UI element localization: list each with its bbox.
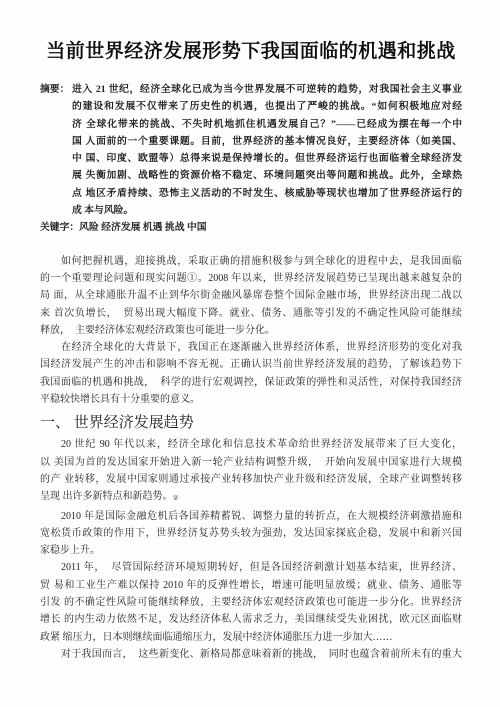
paragraph: 2011 年， 尽管国际经济环境短期转好，但是各国经济刺激计划基本结束，世界经济… bbox=[40, 559, 462, 645]
body-line: 的一个重要理论问题和现实问题①。2008 年以来，世界经济发展趋势已呈现出越来越… bbox=[40, 270, 462, 287]
body-line: 释放， 主要经济体宏观经济政策也可能进一步分化。 bbox=[40, 322, 462, 339]
body-line: 的产 业转移，发展中国家则通过承接产业转移加快产业升级和经济发展，全球产业调整转… bbox=[40, 471, 462, 488]
abstract-block: 摘要： 进入 21 世纪，经济全球化已成为当今世界发展不可逆转的趋势，对我国社会… bbox=[40, 81, 462, 219]
body-line: 宽松货币政策的作用下，世界经济复苏势头较为强劲，发达国家探底企稳，发展中和新兴国 bbox=[40, 525, 462, 542]
document-page: 当前世界经济发展形势下我国面临的机遇和挑战 摘要： 进入 21 世纪，经济全球化… bbox=[0, 0, 500, 707]
abstract-line: 进入 21 世纪，经济全球化已成为当今世界发展不可逆转的趋势，对我国社会主义事业 bbox=[72, 81, 462, 98]
page-title: 当前世界经济发展形势下我国面临的机遇和挑战 bbox=[40, 40, 462, 63]
abstract-line: 的建设和发展不仅带来了历史性的机遇，也提出了严峻的挑战。“如何积极地应对经 bbox=[72, 98, 462, 115]
abstract-line: 成 本与风险。 bbox=[72, 202, 462, 219]
paragraph: 如何把握机遇，迎接挑战，采取正确的措施积极参与到全球化的进程中去，是我国面临 的… bbox=[40, 253, 462, 339]
footnote-mark: ② bbox=[173, 494, 179, 502]
body-line: 在经济全球化的大背景下，我国正在逐渐融入世界经济体系，世界经济形势的变化对我 bbox=[40, 339, 462, 356]
body-line-text: 呈现 出许多新特点和新趋势。 bbox=[40, 491, 173, 502]
body-line: 2011 年， 尽管国际经济环境短期转好，但是各国经济刺激计划基本结束，世界经济… bbox=[40, 559, 462, 576]
body-line: 局 面，从全球通胀升温不止到华尔街金融风暴席卷整个国际金融市场，世界经济出现二战… bbox=[40, 287, 462, 304]
paragraph: 20 世纪 90 年代以来，经济全球化和信息技术革命给世界经济发展带来了巨大变化… bbox=[40, 436, 462, 507]
body-line: 家稳步上升。 bbox=[40, 542, 462, 559]
abstract-line: 济 全球化带来的挑战、不失时机地抓住机遇发展自己？”——已经成为摆在每一个中 bbox=[72, 116, 462, 133]
paragraph: 对于我国而言， 这些新变化、新格局都意味着新的挑战， 同时也蕴含着前所未有的重大 bbox=[40, 646, 462, 663]
abstract-line: 展 失衡加剧、战略性的资源价格不稳定、环境问题突出等问题和挑战。此外，全球热 bbox=[72, 167, 462, 184]
abstract-line: 国 人面前的一个重要课题。目前，世界经济的基本情况良好，主要经济体（如美国、 bbox=[72, 133, 462, 150]
body-line: 呈现 出许多新特点和新趋势。② bbox=[40, 488, 462, 507]
abstract-line: 点 地区矛盾持续、恐怖主义活动的不时发生、核威胁等现状也增加了世界经济运行的 bbox=[72, 185, 462, 202]
abstract-lines: 进入 21 世纪，经济全球化已成为当今世界发展不可逆转的趋势，对我国社会主义事业… bbox=[72, 81, 462, 219]
abstract-label: 摘要： bbox=[40, 81, 69, 98]
body-line: 贸 易和工业生产难以保持 2010 年的反弹性增长，增速可能明显放缓；就业、债务… bbox=[40, 577, 462, 594]
body-line: 以 美国为首的发达国家开始进入新一轮产业结构调整升级， 开始向发展中国家进行大规… bbox=[40, 454, 462, 471]
abstract-line: 中 国、印度、欧盟等）总得来说是保持增长的。但世界经济运行也面临着全球经济发 bbox=[72, 150, 462, 167]
document-content: 当前世界经济发展形势下我国面临的机遇和挑战 摘要： 进入 21 世纪，经济全球化… bbox=[40, 0, 462, 663]
body-line: 2010 年是国际金融危机后各国养精蓄锐、调整力量的转折点，在大规模经济刺激措施… bbox=[40, 508, 462, 525]
body-line: 增长 的内生动力依然不足，发达经济体私人需求乏力，美国继续受失业困扰，欧元区面临… bbox=[40, 611, 462, 628]
body-line: 如何把握机遇，迎接挑战，采取正确的措施积极参与到全球化的进程中去，是我国面临 bbox=[40, 253, 462, 270]
body-line: 来 首次负增长， 贸易出现大幅度下降。就业、债务、通胀等引发的不确定性风险可能继… bbox=[40, 305, 462, 322]
keywords-line: 关键字：风险 经济发展 机遇 挑战 中国 bbox=[40, 219, 462, 236]
body-line: 我国面临的机遇和挑战， 科学的进行宏观调控，保证政策的弹性和灵活性，对保持我国经… bbox=[40, 374, 462, 391]
paragraph: 2010 年是国际金融危机后各国养精蓄锐、调整力量的转折点，在大规模经济刺激措施… bbox=[40, 508, 462, 560]
body-line: 对于我国而言， 这些新变化、新格局都意味着新的挑战， 同时也蕴含着前所未有的重大 bbox=[40, 646, 462, 663]
paragraph: 在经济全球化的大背景下，我国正在逐渐融入世界经济体系，世界经济形势的变化对我 国… bbox=[40, 339, 462, 408]
body-line: 政紧 缩压力，日本则继续面临通缩压力，发展中经济体通胀压力进一步加大…… bbox=[40, 629, 462, 646]
section-heading: 一、 世界经济发展趋势 bbox=[40, 413, 462, 433]
body-line: 引发 的不确定性风险可能继续释放，主要经济体宏观经济政策也可能进一步分化。世界经… bbox=[40, 594, 462, 611]
body-line: 平稳较快增长具有十分重要的意义。 bbox=[40, 391, 462, 408]
body-line: 国经济发展产生的冲击和影响不容无视。正确认识当前世界经济发展的趋势，了解该趋势下 bbox=[40, 356, 462, 373]
body-line: 20 世纪 90 年代以来，经济全球化和信息技术革命给世界经济发展带来了巨大变化… bbox=[40, 436, 462, 453]
